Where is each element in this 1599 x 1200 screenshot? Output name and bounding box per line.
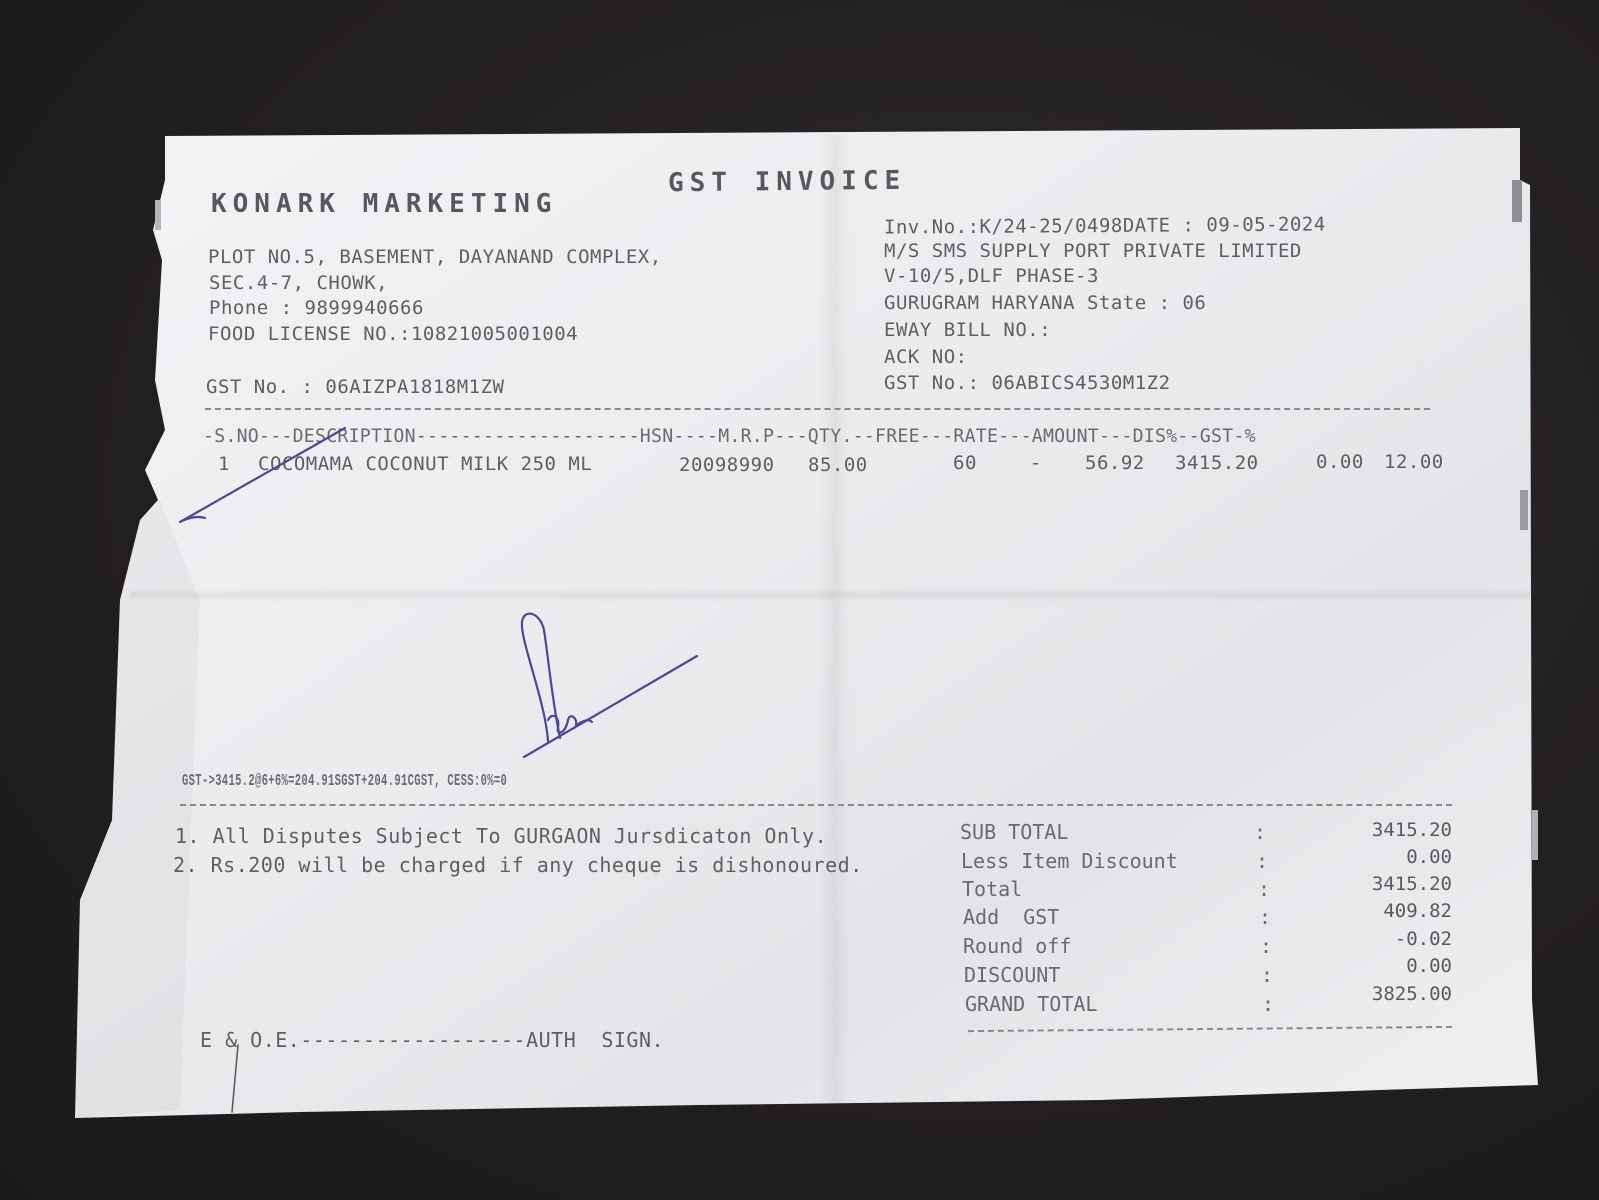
buyer-address-line2: GURUGRAM HARYANA State : 06	[884, 292, 1206, 314]
term-1: 1. All Disputes Subject To GURGAON Jursd…	[175, 824, 827, 848]
seller-gst-number: GST No. : 06AIZPA1818M1ZW	[206, 376, 504, 398]
cell-free: -	[1030, 452, 1042, 474]
paper-fold	[820, 135, 850, 1105]
document-title: GST INVOICE	[668, 166, 906, 198]
buyer-address-line1: V-10/5,DLF PHASE-3	[884, 265, 1099, 287]
divider	[205, 408, 1430, 410]
cell-qty: 60	[953, 452, 977, 474]
term-2: 2. Rs.200 will be charged if any cheque …	[173, 853, 863, 877]
total-label: Total	[962, 877, 1022, 901]
colon: :	[1256, 849, 1268, 873]
footer-eoe: E & O.E.------------------AUTH SIGN.	[200, 1028, 664, 1052]
paper-fold	[130, 588, 1530, 602]
colon: :	[1262, 992, 1274, 1016]
cell-rate: 56.92	[1085, 452, 1145, 474]
cell-description: COCOMAMA COCONUT MILK 250 ML	[258, 453, 592, 475]
total-label: SUB TOTAL	[960, 820, 1068, 844]
total-value: -0.02	[1292, 928, 1452, 950]
invoice-number-date: Inv.No.:K/24-25/0498DATE : 09-05-2024	[884, 213, 1326, 238]
seller-name: KONARK MARKETING	[211, 189, 557, 219]
grand-total-label: GRAND TOTAL	[965, 992, 1097, 1016]
colon: :	[1254, 820, 1266, 844]
seller-food-license: FOOD LICENSE NO.:10821005001004	[208, 323, 578, 345]
cell-amount: 3415.20	[1175, 452, 1259, 474]
signature-line: ------------------	[300, 1028, 526, 1052]
cell-mrp: 85.00	[808, 454, 868, 476]
buyer-eway-bill: EWAY BILL NO.:	[884, 319, 1051, 341]
seller-phone: Phone : 9899940666	[209, 297, 424, 319]
buyer-name: M/S SMS SUPPLY PORT PRIVATE LIMITED	[884, 240, 1302, 262]
total-value: 3415.20	[1292, 819, 1452, 841]
total-value: 409.82	[1292, 900, 1452, 922]
divider	[180, 804, 1452, 806]
cell-gst-percent: 12.00	[1384, 451, 1444, 473]
cell-hsn: 20098990	[679, 454, 775, 476]
invoice-photo: KONARK MARKETING GST INVOICE PLOT NO.5, …	[0, 0, 1599, 1200]
colon: :	[1259, 905, 1271, 929]
eoe-text: E & O.E.	[200, 1028, 300, 1052]
total-label: Add GST	[963, 905, 1059, 929]
grand-total-value: 3825.00	[1292, 983, 1452, 1005]
total-value: 3415.20	[1292, 873, 1452, 895]
total-label: Round off	[963, 934, 1071, 958]
gst-breakup: GST->3415.2@6+6%=204.91SGST+204.91CGST, …	[182, 772, 507, 791]
auth-sign-label: AUTH SIGN.	[526, 1028, 664, 1052]
total-label: Less Item Discount	[961, 849, 1178, 873]
seller-address-line1: PLOT NO.5, BASEMENT, DAYANAND COMPLEX,	[208, 246, 662, 268]
colon: :	[1260, 934, 1272, 958]
buyer-gst-number: GST No.: 06ABICS4530M1Z2	[884, 372, 1171, 394]
colon: :	[1258, 877, 1270, 901]
total-label: DISCOUNT	[964, 963, 1060, 987]
cell-sno: 1	[218, 453, 230, 475]
cell-discount-percent: 0.00	[1316, 451, 1364, 473]
table-header: -S.NO---DESCRIPTION--------------------H…	[203, 426, 1256, 447]
total-value: 0.00	[1292, 955, 1452, 977]
colon: :	[1261, 963, 1273, 987]
buyer-ack-number: ACK NO:	[884, 346, 968, 368]
total-value: 0.00	[1292, 846, 1452, 868]
seller-address-line2: SEC.4-7, CHOWK,	[209, 272, 388, 294]
